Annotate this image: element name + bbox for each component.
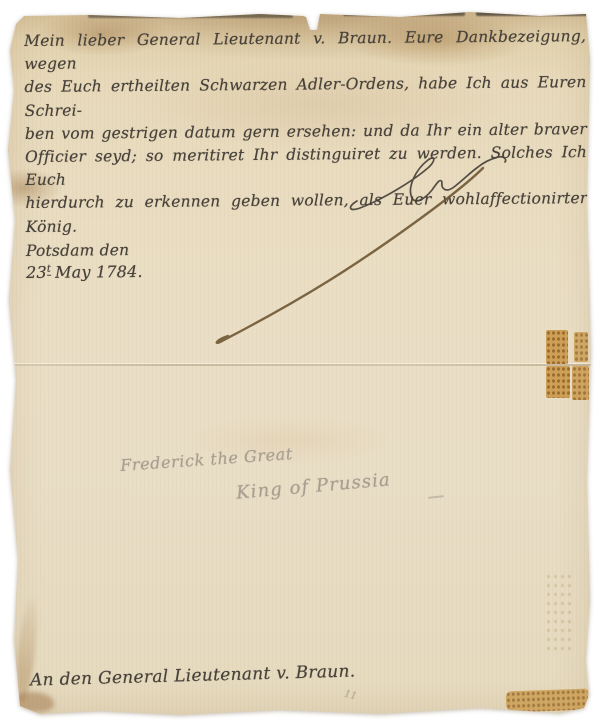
letter-line: des Euch ertheilten Schwarzen Adler-Orde…: [24, 72, 586, 123]
top-edge-soiling: [88, 13, 293, 18]
tape-residue-stain: [574, 332, 588, 362]
letter-paper: Mein lieber General Lieutenant v. Braun.…: [8, 10, 592, 718]
date-rest: May 1784.: [55, 262, 143, 282]
tape-residue-stain-bottom: [506, 689, 589, 713]
tape-residue-stain: [546, 330, 568, 364]
pencil-annotation-line1: Frederick the Great: [120, 444, 294, 475]
pencil-dash: [428, 495, 444, 499]
pencil-numeral-mark: 11: [343, 689, 358, 703]
document-photo: Mein lieber General Lieutenant v. Braun.…: [0, 0, 600, 726]
letter-line: hierdurch zu erkennen geben wollen, als …: [25, 188, 587, 239]
pencil-annotation-line2: King of Prussia: [235, 469, 391, 503]
tape-residue-stain: [546, 366, 570, 398]
tape-residue-stain: [572, 366, 589, 400]
top-edge-soiling: [343, 11, 465, 16]
foxing-specks: [545, 572, 575, 654]
top-edge-soiling: [476, 10, 588, 16]
date-line: 23tMay 1784.: [26, 256, 588, 284]
paper-shadow-wrap: Mein lieber General Lieutenant v. Braun.…: [0, 0, 600, 726]
date-day: 23: [26, 263, 47, 282]
damp-stain-corner: [14, 692, 54, 712]
horizontal-fold-crease: [8, 364, 592, 366]
letter-line: Officier seyd; so meritiret Ihr distingu…: [25, 141, 587, 192]
date-superscript: t: [47, 263, 51, 275]
letter-body: Mein lieber General Lieutenant v. Braun.…: [24, 25, 588, 284]
address-line: An den General Lieutenant v. Braun.: [30, 661, 356, 690]
letter-line: Mein lieber General Lieutenant v. Braun.…: [24, 25, 586, 76]
